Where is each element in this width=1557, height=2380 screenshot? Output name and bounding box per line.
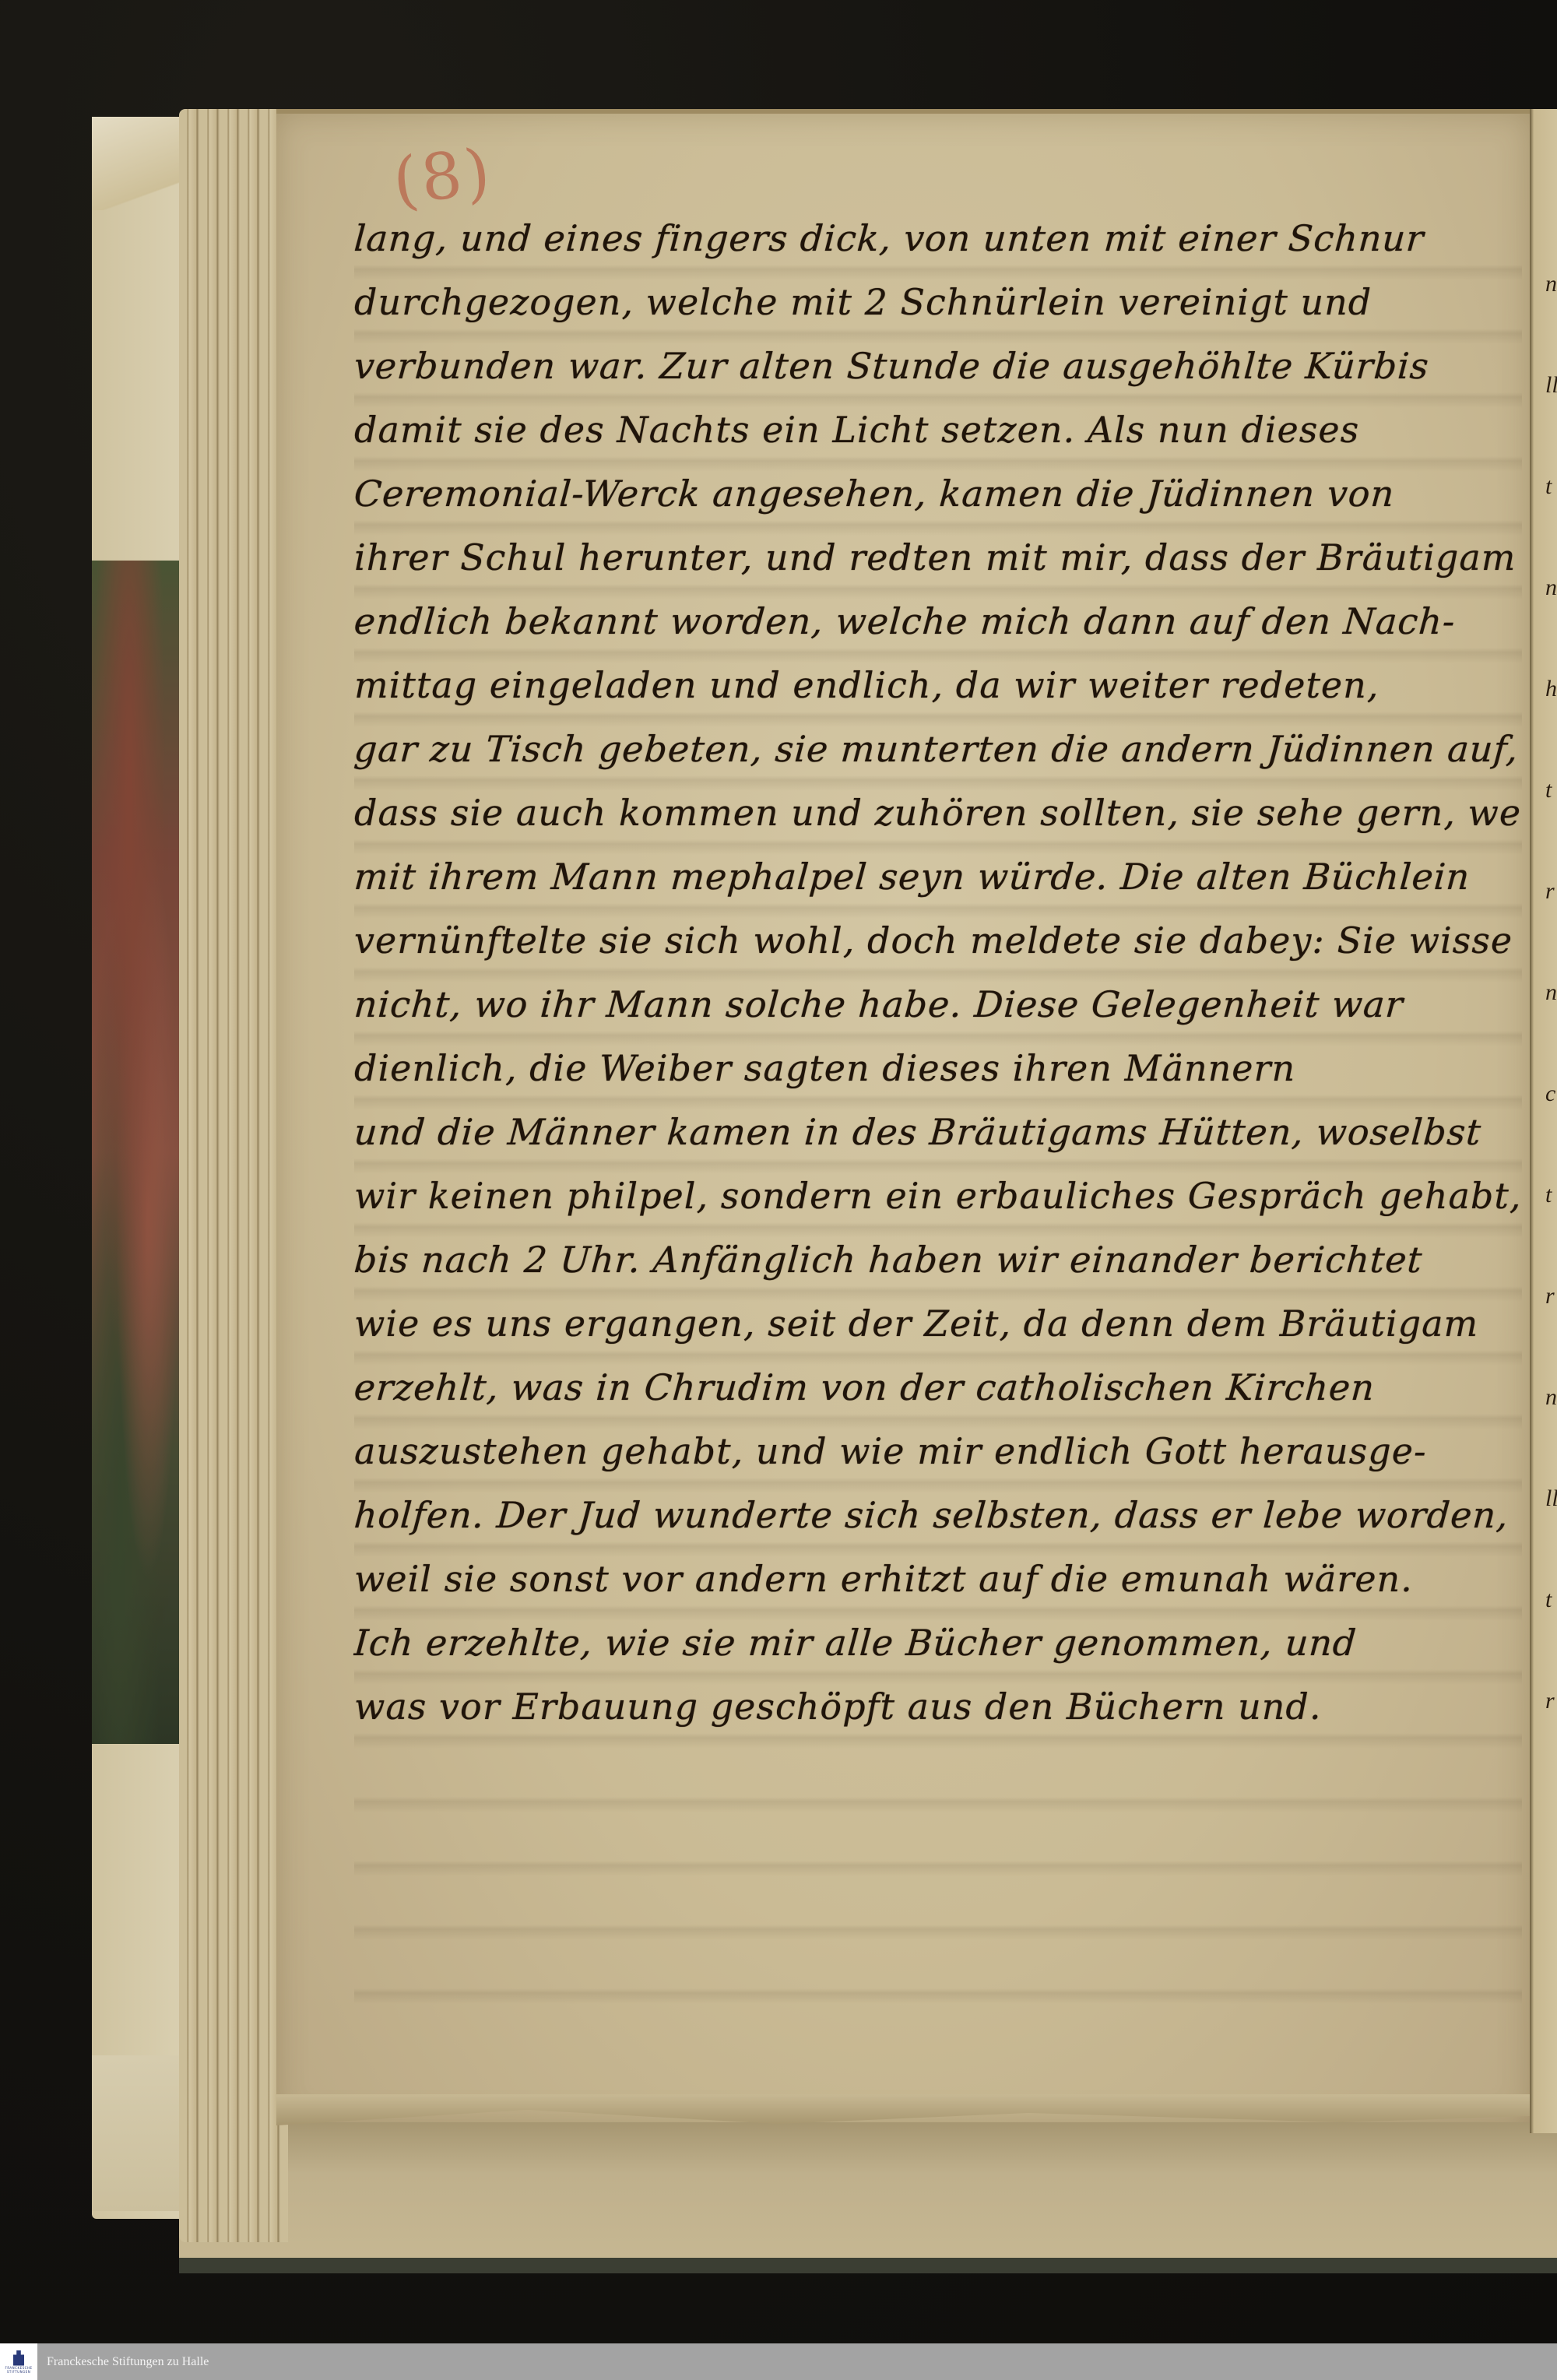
text-line: Ceremonial-Werck angesehen, kamen die Jü… [352,462,1524,526]
facing-page-mark: r [1545,1246,1557,1347]
text-line: nicht, wo ihr Mann solche habe. Diese Ge… [352,972,1524,1036]
facing-page-mark: t [1545,436,1557,537]
text-line: gar zu Tisch gebeten, sie munterten die … [352,717,1524,781]
text-line: erzehlt, was in Chrudim von der catholis… [352,1355,1524,1419]
facing-page-mark: h [1545,638,1557,740]
facing-page-mark: ll [1545,1448,1557,1549]
text-line: lang, und eines fingers dick, von unten … [352,206,1524,270]
text-line: endlich bekannt worden, welche mich dann… [352,589,1524,653]
text-line: weil sie sonst vor andern erhitzt auf di… [354,1547,1522,1611]
text-line: holfen. Der Jud wunderte sich selbsten, … [352,1483,1524,1547]
page-edges-stack [179,109,288,2242]
building-icon [13,2350,24,2366]
text-line: und die Männer kamen in des Bräutigams H… [352,1100,1524,1164]
text-line: vernünftelte sie sich wohl, doch meldete… [354,909,1522,972]
facing-page-mark: ll [1545,335,1557,436]
text-line: wir keinen philpel, sondern ein erbaulic… [354,1164,1522,1228]
facing-page-mark: t [1545,1144,1557,1246]
facing-page-marks: nlltnhtrnctrnlltr [1545,234,1557,1713]
text-line: durchgezogen, welche mit 2 Schnürlein ve… [354,270,1522,334]
footer-bar: FRANCKESCHE STIFTUNGEN Franckesche Stift… [0,2343,1557,2380]
facing-page-mark: n [1545,1347,1557,1448]
text-line: ihrer Schul herunter, und redten mit mir… [354,526,1522,589]
text-line: auszustehen gehabt, und wie mir endlich … [354,1419,1522,1483]
logo-text-line2: STIFTUNGEN [7,2370,30,2374]
facing-page-mark: t [1545,1549,1557,1651]
facing-page-mark: t [1545,740,1557,841]
text-line: mit ihrem Mann mephalpel seyn würde. Die… [352,845,1524,909]
facing-page-mark: n [1545,942,1557,1043]
marbled-endpaper [92,561,185,1744]
text-line: mittag eingeladen und endlich, da wir we… [354,653,1522,717]
text-line: bis nach 2 Uhr. Anfänglich haben wir ein… [352,1228,1524,1292]
text-line: dass sie auch kommen und zuhören sollten… [354,781,1522,845]
text-line: damit sie des Nachts ein Licht setzen. A… [354,398,1522,462]
institution-name: Franckesche Stiftungen zu Halle [47,2355,209,2369]
facing-page-mark: c [1545,1043,1557,1144]
text-line: dienlich, die Weiber sagten dieses ihren… [354,1036,1522,1100]
institution-logo[interactable]: FRANCKESCHE STIFTUNGEN [0,2343,37,2380]
text-line: Ich erzehlte, wie sie mir alle Bücher ge… [352,1611,1524,1675]
facing-page-mark: n [1545,537,1557,638]
manuscript-text: lang, und eines fingers dick, von unten … [354,206,1522,1738]
text-line: was vor Erbauung geschöpft aus den Büche… [354,1675,1522,1738]
text-line: wie es uns ergangen, seit der Zeit, da d… [354,1292,1522,1355]
facing-page-mark: n [1545,234,1557,335]
facing-page-mark: r [1545,1651,1557,1752]
facing-page-mark: r [1545,841,1557,942]
text-line: verbunden war. Zur alten Stunde die ausg… [352,334,1524,398]
